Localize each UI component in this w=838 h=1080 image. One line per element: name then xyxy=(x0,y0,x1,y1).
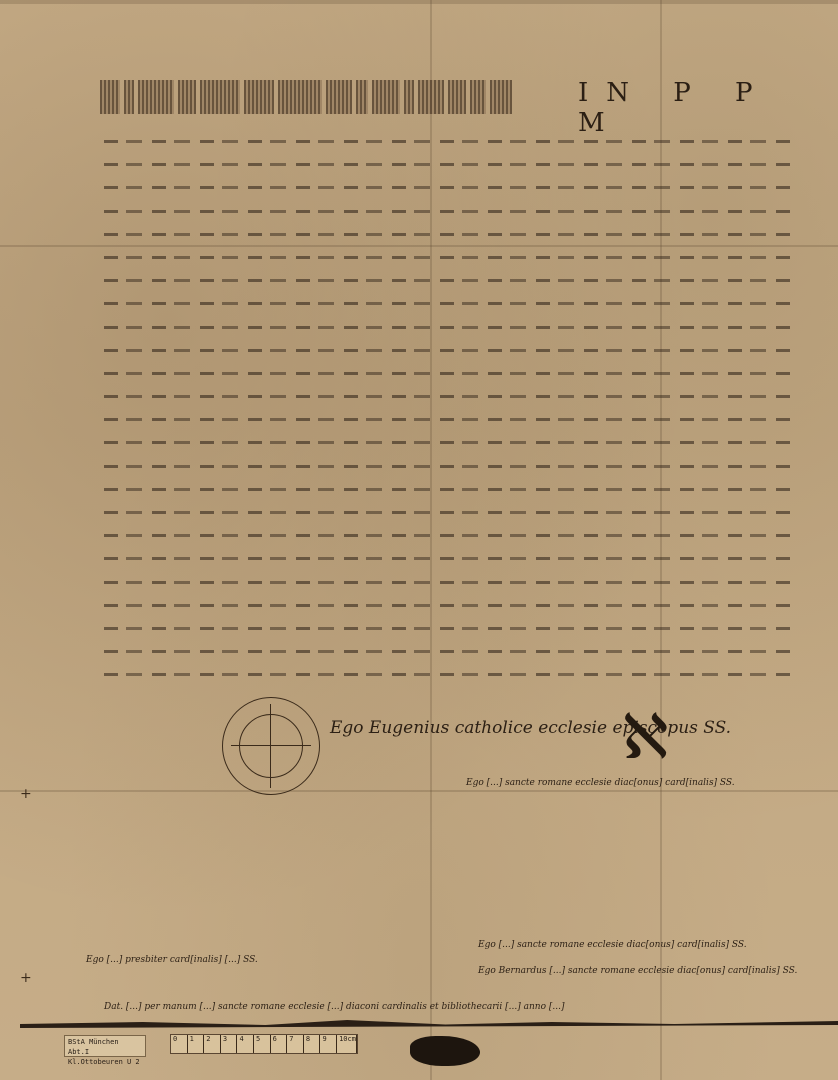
subscription-right: Ego [...] sancte romane ecclesie diac[on… xyxy=(466,778,735,788)
archive-signature-label: BStA München Abt.I Kl.Ottobeuren U 2 xyxy=(64,1035,146,1057)
torn-bottom-edge xyxy=(20,1018,838,1028)
fold-line xyxy=(0,0,838,4)
subscription-right: Ego [...] sancte romane ecclesie diac[on… xyxy=(478,940,747,950)
subscription-right: Ego Bernardus [...] sancte romane eccles… xyxy=(478,966,797,976)
seal-remnant xyxy=(410,1036,480,1066)
benevalete-monogram: ℵ xyxy=(622,700,668,773)
cross-mark: + xyxy=(20,786,32,802)
cross-mark: + xyxy=(20,970,32,986)
elongated-script-first-line xyxy=(100,68,512,114)
charter-parchment: IN P P M Ego Eugenius catholice ecclesie… xyxy=(0,0,838,1080)
papal-signature: Ego Eugenius catholice ecclesie episcopu… xyxy=(330,718,731,738)
charter-body-text xyxy=(104,126,794,683)
fold-line xyxy=(0,790,838,792)
papal-rota-seal xyxy=(222,697,320,795)
dating-line: Dat. [...] per manum [...] sancte romane… xyxy=(104,1002,564,1012)
subscription-left: Ego [...] presbiter card[inalis] [...] S… xyxy=(86,955,258,965)
scale-ruler: 01 23 45 67 89 10cm xyxy=(170,1034,358,1054)
